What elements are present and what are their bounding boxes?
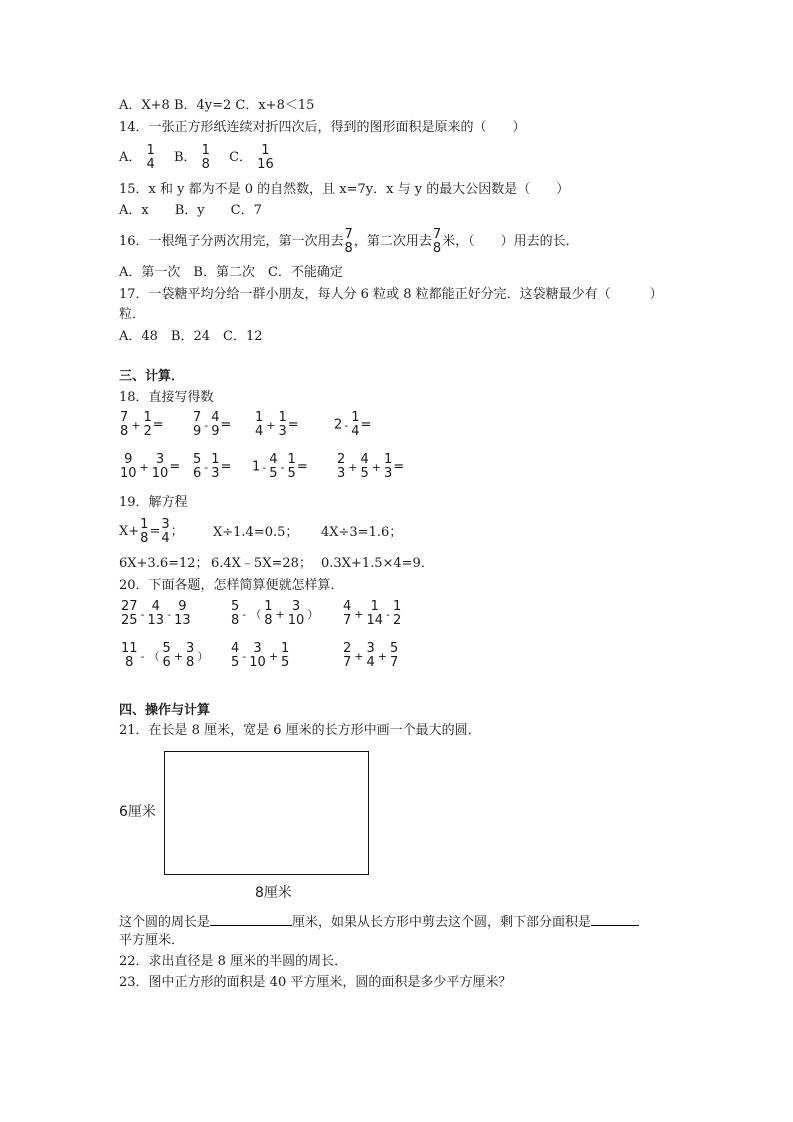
q18-expr: 910+310= bbox=[119, 453, 180, 481]
fraction: 78 bbox=[433, 228, 441, 256]
fraction: 14 bbox=[147, 144, 155, 172]
q19-eq2: X÷1.4=0.5； bbox=[213, 525, 298, 541]
q21-stem: 21．在长是 8 厘米，宽是 6 厘米的长方形中画一个最大的圆． bbox=[119, 723, 481, 739]
fraction: 18 bbox=[202, 144, 210, 172]
q20-expr: 45-310+15 bbox=[230, 642, 290, 670]
q21-answer-cont: 平方厘米． bbox=[119, 933, 184, 949]
q16-options: A．第一次 B．第二次 C．不能确定 bbox=[119, 265, 343, 281]
answer-blank-circumference[interactable] bbox=[210, 913, 292, 926]
q20-expr: 118-（56+38） bbox=[120, 642, 210, 670]
q17-stem-cont: 粒． bbox=[119, 307, 145, 323]
q18-expr: 2-14= bbox=[334, 411, 371, 439]
q14-stem: 14．一张正方形纸连续对折四次后，得到的图形面积是原来的（ ） bbox=[119, 120, 526, 136]
q19-eq5: 6.4X﹣5X=28； bbox=[211, 556, 312, 572]
section4-title: 四、操作与计算 bbox=[119, 703, 210, 719]
q20-title: 20．下面各题，怎样简算便就怎样算． bbox=[119, 578, 344, 594]
q20-expr: 2725-413-913 bbox=[120, 600, 192, 628]
height-label: 6厘米 bbox=[119, 801, 156, 821]
q20-expr: 47+114-12 bbox=[342, 600, 402, 628]
rectangle-figure bbox=[164, 751, 369, 875]
q13-options: A．X+8 B．4y=2 C．x+8＜15 bbox=[119, 98, 314, 114]
fraction: 78 bbox=[345, 228, 353, 256]
q18-expr: 14+13= bbox=[254, 411, 299, 439]
q19-eq3: 4X÷3=1.6； bbox=[321, 525, 402, 541]
q23-stem: 23．图中正方形的面积是 40 平方厘米，圆的面积是多少平方厘米？ bbox=[119, 975, 511, 991]
q22-stem: 22．求出直径是 8 厘米的半圆的周长． bbox=[119, 954, 347, 970]
q18-expr: 56-13= bbox=[192, 453, 231, 481]
q19-eq4: 6X+3.6=12； bbox=[119, 556, 209, 572]
q15-stem: 15．x 和 y 都为不是 0 的自然数，且 x=7y．x 与 y 的最大公因数… bbox=[119, 182, 569, 198]
fraction: 116 bbox=[257, 144, 274, 172]
q20-expr: 27+34+57 bbox=[342, 642, 399, 670]
q21-answer: 这个圆的周长是厘米，如果从长方形中剪去这个圆，剩下部分面积是 bbox=[119, 913, 639, 931]
q20-expr: 58-（18+310） bbox=[230, 600, 320, 628]
q18-expr: 78+12= bbox=[119, 411, 164, 439]
q14-options: A． 14 B． 18 C． 116 bbox=[119, 142, 275, 174]
q17-options: A．48 B．24 C．12 bbox=[119, 329, 263, 345]
q18-title: 18．直接写得数 bbox=[119, 390, 214, 406]
answer-blank-remaining-area[interactable] bbox=[591, 913, 639, 926]
q17-stem: 17．一袋糖平均分给一群小朋友，每人分 6 粒或 8 粒都能正好分完．这袋糖最少… bbox=[119, 287, 663, 303]
q16-stem: 16．一根绳子分两次用完，第一次用去78，第二次用去78米，（ ）用去的长． bbox=[119, 226, 579, 258]
width-label: 8厘米 bbox=[255, 882, 292, 902]
q18-expr: 1-45-15= bbox=[252, 453, 308, 481]
q18-expr: 23+45+13= bbox=[336, 453, 404, 481]
q19-eq6: 0.3X+1.5×4=9． bbox=[321, 556, 434, 572]
q19-equations-row1: X+18=34； bbox=[119, 516, 184, 548]
q19-title: 19．解方程 bbox=[119, 495, 188, 511]
q15-options: A．x B．y C．7 bbox=[119, 203, 262, 219]
q18-expr: 79-49= bbox=[192, 411, 231, 439]
section3-title: 三、计算． bbox=[119, 369, 184, 385]
